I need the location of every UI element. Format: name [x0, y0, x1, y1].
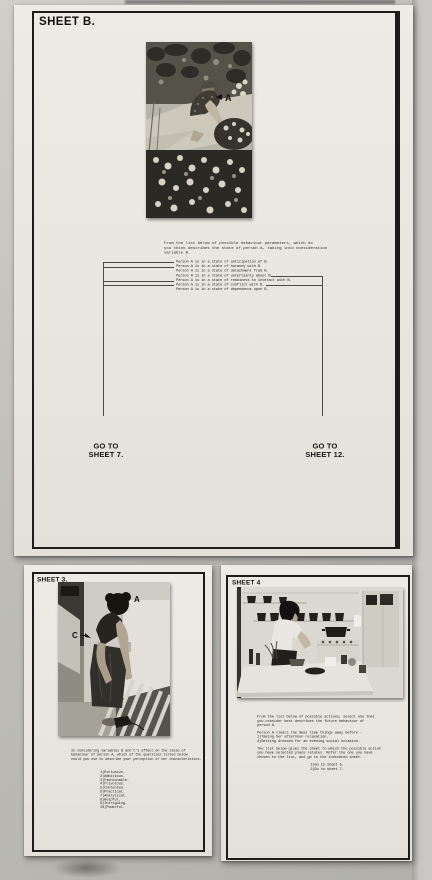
- sheet-b-photo: A: [146, 42, 252, 218]
- kitchen-photo-illustration: [237, 587, 403, 698]
- connector-line: [322, 276, 323, 416]
- connector-line: [103, 262, 174, 263]
- behaviour-options-list: Person A is in a state of anticipation o…: [176, 260, 326, 324]
- photo-label-a: A: [225, 93, 232, 103]
- behaviour-option: Person A is in a state of dependence upo…: [176, 288, 326, 293]
- scan-shadow-smudge: [52, 858, 122, 878]
- sheet-4-para3: The list below gives the sheet to which …: [257, 747, 397, 760]
- photo-label-a: A: [134, 595, 140, 604]
- connector-line: [266, 285, 322, 286]
- sheet-4-text: From the list below of possible actions,…: [257, 715, 397, 829]
- goto-sheet-12: GO TO SHEET 12.: [293, 442, 357, 476]
- sheet-4-para2: Person A clears the meal time things awa…: [257, 731, 397, 744]
- goto-item: 2)Go to sheet 7.: [257, 767, 397, 771]
- sheet-3: SHEET 3.: [24, 565, 212, 856]
- sheet-b-title: SHEET B.: [39, 16, 95, 28]
- sheet-4-photo: [237, 587, 403, 698]
- qualities-list: 1)Exclusive. 2)Ambitious. 3)Fashionable.…: [100, 771, 160, 849]
- connector-line: [103, 281, 174, 282]
- sheet-4-para1: From the list below of possible actions,…: [257, 715, 397, 728]
- scanner-edge-smear: [125, 0, 395, 4]
- photo-label-c: C: [72, 631, 78, 640]
- goto-sheet-7: GO TO SHEET 7.: [74, 442, 138, 476]
- scan-right-edge: [412, 0, 432, 880]
- connector-line: [271, 276, 322, 277]
- sheet-4: SHEET 4: [221, 565, 412, 861]
- sheet-b: SHEET B.: [14, 5, 413, 556]
- sheet-3-photo: A C: [58, 582, 170, 736]
- quality-item: 10)Powerful.: [100, 806, 160, 810]
- sheet-4-goto-list: 1)Go to sheet 5. 2)Go to sheet 7.: [257, 763, 397, 772]
- garden-photo-illustration: A: [146, 42, 252, 218]
- connector-line: [103, 285, 174, 286]
- connector-line: [103, 267, 174, 268]
- bending-figure-photo-illustration: A C: [58, 582, 170, 736]
